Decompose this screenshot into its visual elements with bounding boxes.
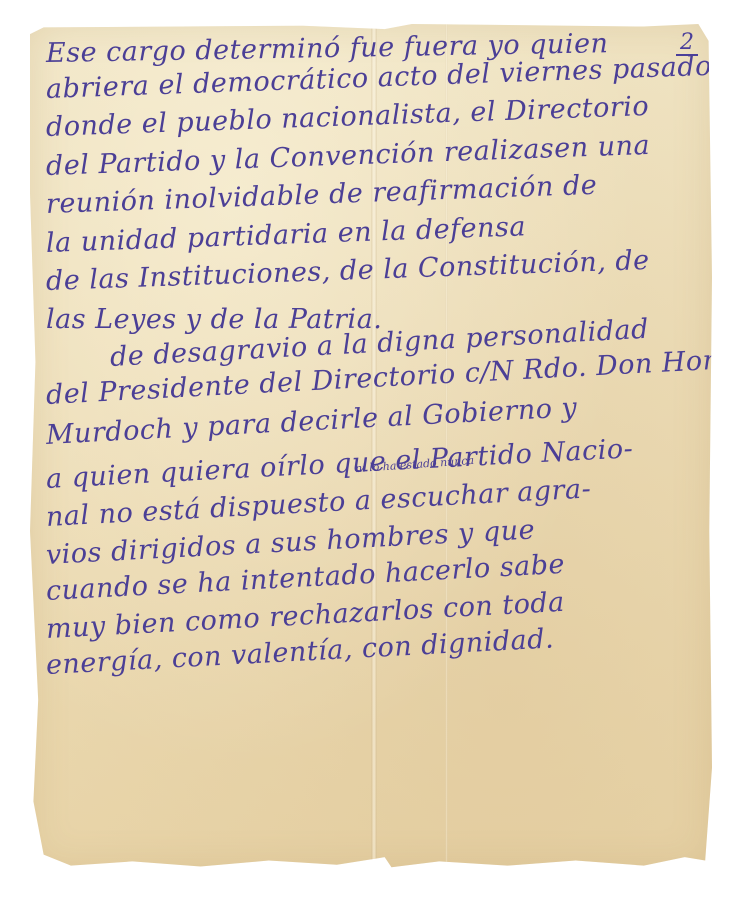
letter-page: 2 Ese cargo determinó fue fuera yo quien… [30,24,712,869]
